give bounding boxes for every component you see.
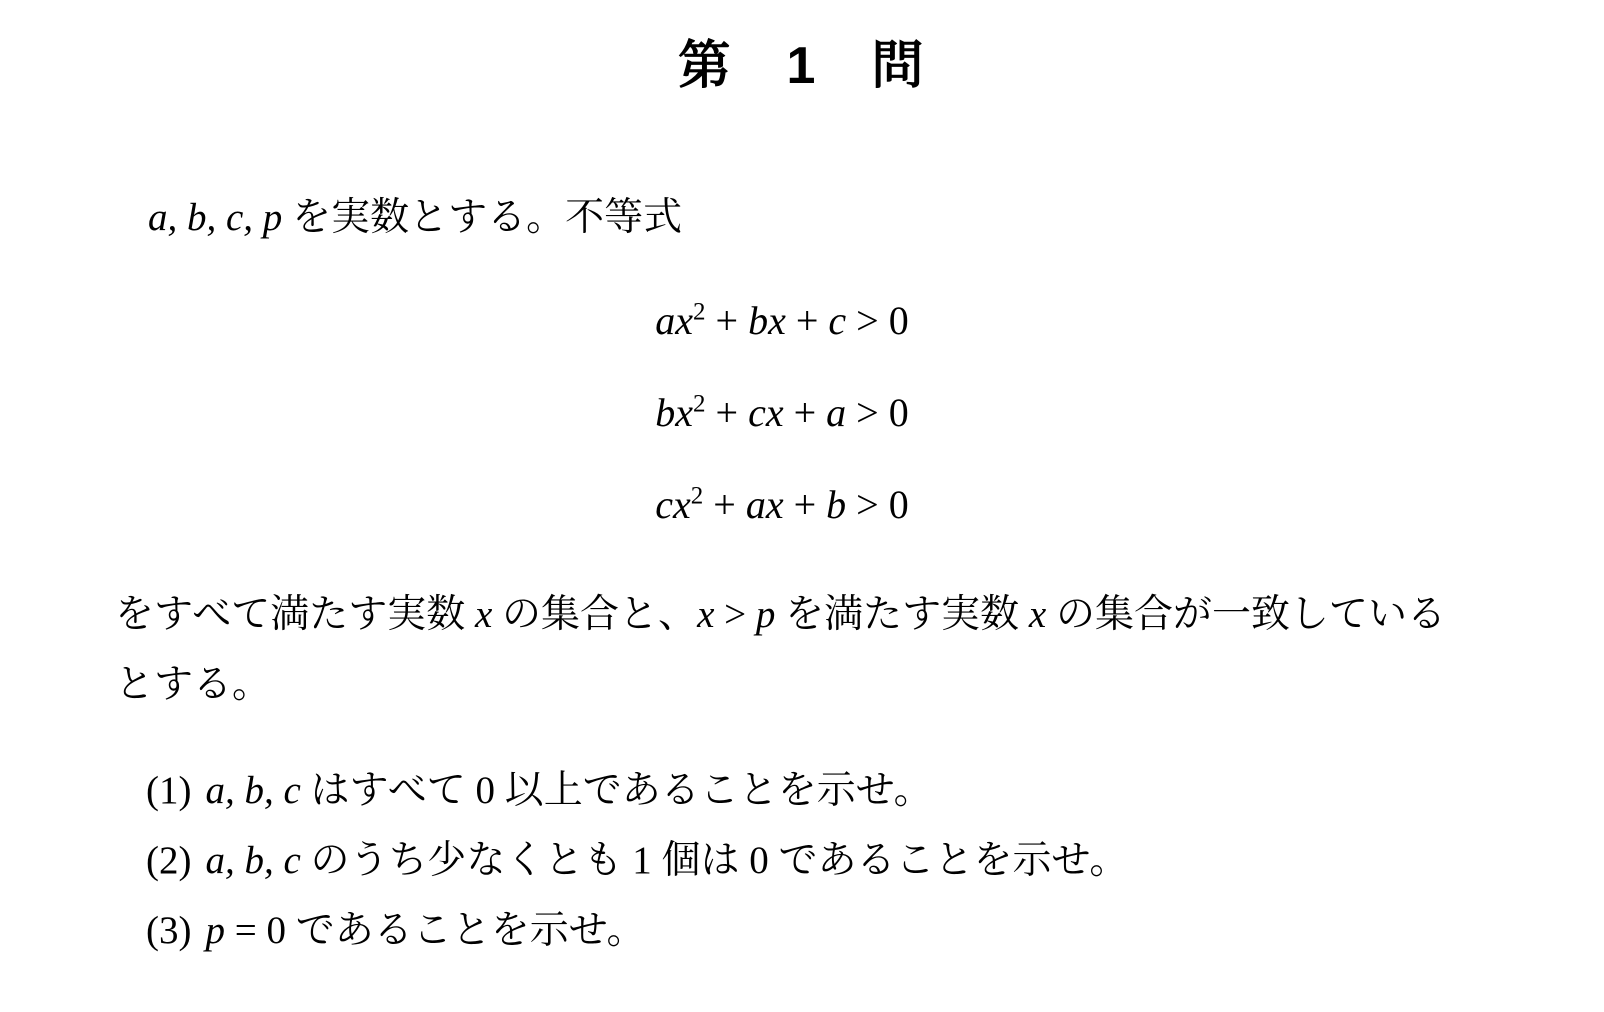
math-var-x: x <box>1029 593 1046 636</box>
condition-line-2: とする。 <box>115 650 1474 720</box>
math-operator: + <box>784 482 827 527</box>
math-term: a <box>826 390 846 435</box>
equation-1: ax2 + bx + c > 0 <box>0 296 1564 346</box>
math-operator: + <box>706 390 749 435</box>
math-term: cx <box>655 482 691 527</box>
condition-paragraph: をすべて満たす実数 x の集合と、x > p を満たす実数 x の集合が一致して… <box>115 580 1474 720</box>
math-var-x: x <box>697 593 714 636</box>
question-1: (1)a, b, c はすべて 0 以上であることを示せ。 <box>146 756 1604 826</box>
math-operator: + <box>703 482 746 527</box>
math-operator: + <box>706 298 749 343</box>
math-operator: > 0 <box>846 298 909 343</box>
question-text: のうち少なくとも 1 個は 0 であることを示せ。 <box>301 839 1129 882</box>
exponent: 2 <box>691 483 704 510</box>
question-number: (1) <box>146 769 191 812</box>
math-term: c <box>828 298 846 343</box>
intro-math-vars: a, b, c, p <box>148 196 282 239</box>
math-operator: > 0 <box>846 390 909 435</box>
math-operator: > <box>714 593 756 636</box>
body-text: の集合が一致している <box>1046 593 1446 636</box>
exponent: 2 <box>693 391 706 418</box>
question-text: はすべて 0 以上であることを示せ。 <box>301 769 933 812</box>
body-text: の集合と、 <box>492 593 697 636</box>
question-text: = 0 であることを示せ。 <box>225 909 646 952</box>
math-operator: + <box>786 298 829 343</box>
question-list: (1)a, b, c はすべて 0 以上であることを示せ。 (2)a, b, c… <box>146 756 1604 966</box>
body-text: を満たす実数 <box>775 593 1029 636</box>
intro-paragraph: a, b, c, p を実数とする。不等式 <box>148 194 1604 242</box>
equation-block: ax2 + bx + c > 0 bx2 + cx + a > 0 cx2 + … <box>0 296 1604 530</box>
math-var-p: p <box>756 593 776 636</box>
question-math: a, b, c <box>205 839 300 882</box>
math-operator: > 0 <box>846 482 909 527</box>
question-math: a, b, c <box>205 769 300 812</box>
equation-3: cx2 + ax + b > 0 <box>0 480 1564 530</box>
question-2: (2)a, b, c のうち少なくとも 1 個は 0 であることを示せ。 <box>146 826 1604 896</box>
problem-page: 第 1 問 a, b, c, p を実数とする。不等式 ax2 + bx + c… <box>0 0 1604 1012</box>
intro-text: を実数とする。不等式 <box>282 196 682 239</box>
math-term: ax <box>655 298 693 343</box>
question-number: (3) <box>146 909 191 952</box>
question-math: p <box>205 909 225 952</box>
math-term: ax <box>746 482 784 527</box>
math-term: bx <box>748 298 786 343</box>
math-term: bx <box>655 390 693 435</box>
math-term: cx <box>748 390 784 435</box>
question-3: (3)p = 0 であることを示せ。 <box>146 896 1604 966</box>
page-title: 第 1 問 <box>0 30 1604 102</box>
math-var-x: x <box>475 593 492 636</box>
math-term: b <box>826 482 846 527</box>
exponent: 2 <box>693 299 706 326</box>
body-text: をすべて満たす実数 <box>115 593 475 636</box>
equation-2: bx2 + cx + a > 0 <box>0 388 1564 438</box>
condition-line-1: をすべて満たす実数 x の集合と、x > p を満たす実数 x の集合が一致して… <box>115 580 1474 650</box>
math-operator: + <box>784 390 827 435</box>
question-number: (2) <box>146 839 191 882</box>
